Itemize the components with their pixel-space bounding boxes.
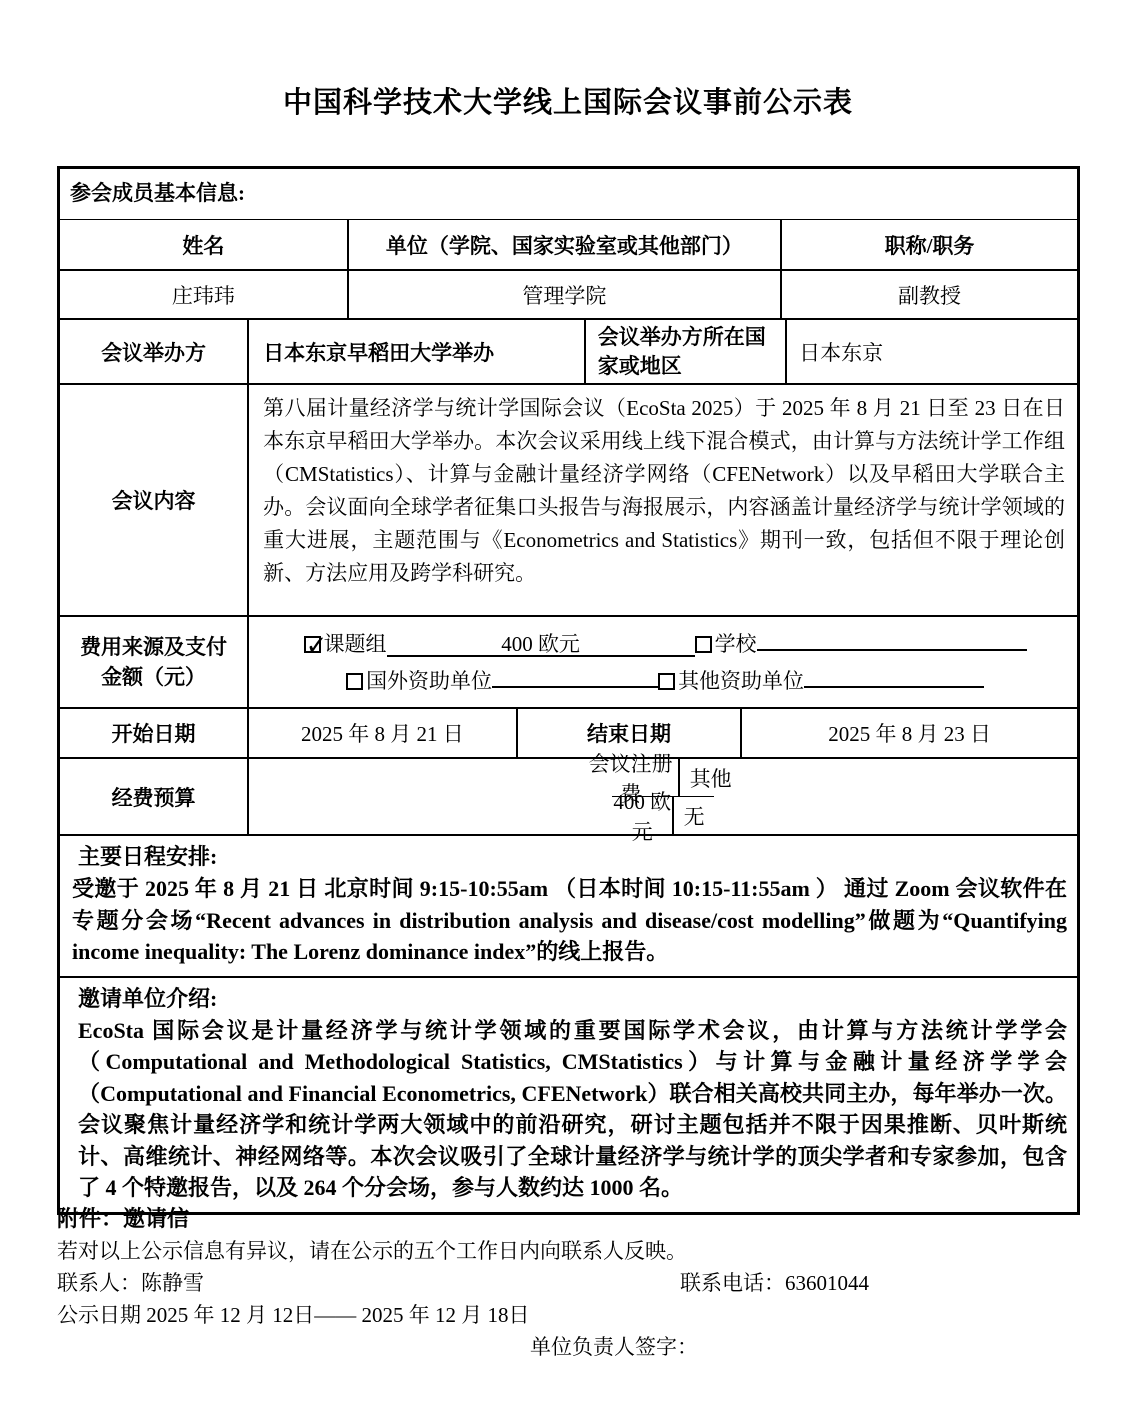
funding-option-school: 学校 xyxy=(715,632,757,656)
row-dates: 开始日期 2025 年 8 月 21 日 结束日期 2025 年 8 月 23 … xyxy=(60,707,1077,757)
row-budget: 经费预算 会议注册费 其他 400 欧元 无 xyxy=(60,757,1077,834)
content-label: 会议内容 xyxy=(60,385,247,615)
host-label: 会议举办方 xyxy=(60,320,247,383)
funding-label: 费用来源及支付 金额（元） xyxy=(60,617,247,707)
funding-options: 课题组400 欧元学校 国外资助单位其他资助单位 xyxy=(247,617,1077,707)
attachment-line: 附件：邀请信 xyxy=(57,1203,1080,1235)
start-date-label: 开始日期 xyxy=(60,709,247,757)
budget-value-row: 400 欧元 无 xyxy=(612,796,714,834)
row-host: 会议举办方 日本东京早稻田大学举办 会议举办方所在国家或地区 日本东京 xyxy=(60,318,1077,383)
funding-options-line2: 国外资助单位其他资助单位 xyxy=(263,662,1067,699)
funding-label-line2: 金额（元） xyxy=(101,665,206,689)
row-funding: 费用来源及支付 金额（元） 课题组400 欧元学校 国外资助单位其他资助单位 xyxy=(60,615,1077,707)
start-date-value: 2025 年 8 月 21 日 xyxy=(247,709,515,757)
funding-options-line1: 课题组400 欧元学校 xyxy=(263,625,1067,662)
host-region-label: 会议举办方所在国家或地区 xyxy=(584,320,785,383)
page-title: 中国科学技术大学线上国际会议事前公示表 xyxy=(0,0,1136,121)
row-member-headers: 姓名 单位（学院、国家实验室或其他部门） 职称/职务 xyxy=(60,219,1077,269)
funding-amount-school xyxy=(757,625,1027,651)
funding-label-line1: 费用来源及支付 xyxy=(80,635,227,659)
funding-amount-project-group: 400 欧元 xyxy=(387,631,695,657)
host-region-value: 日本东京 xyxy=(785,320,1077,383)
row-member-values: 庄玮玮 管理学院 副教授 xyxy=(60,269,1077,318)
checkbox-school xyxy=(695,636,712,653)
schedule-text: 受邀于 2025 年 8 月 21 日 北京时间 9:15-10:55am （日… xyxy=(72,873,1067,968)
budget-label: 经费预算 xyxy=(60,759,247,834)
row-inviting-org: 邀请单位介绍: EcoSta 国际会议是计量经济学与统计学领域的重要国际学术会议… xyxy=(60,976,1077,1212)
budget-grid: 会议注册费 其他 400 欧元 无 xyxy=(247,759,1077,834)
member-info-header: 参会成员基本信息: xyxy=(60,169,1077,219)
checkbox-project-group xyxy=(304,636,321,653)
funding-option-foreign-sponsor: 国外资助单位 xyxy=(366,669,492,693)
contact-line: 联系人：陈静雪 联系电话：63601044 xyxy=(57,1267,1080,1299)
member-title: 副教授 xyxy=(780,271,1077,318)
row-schedule: 主要日程安排: 受邀于 2025 年 8 月 21 日 北京时间 9:15-10… xyxy=(60,834,1077,976)
funding-amount-foreign-sponsor xyxy=(492,662,658,688)
header-unit: 单位（学院、国家实验室或其他部门） xyxy=(347,220,780,269)
row-member-info-header: 参会成员基本信息: xyxy=(60,169,1077,219)
checkbox-foreign-sponsor xyxy=(346,673,363,690)
budget-col2-header: 其他 xyxy=(678,759,743,796)
funding-amount-other-sponsor xyxy=(804,662,984,688)
publicity-period-line: 公示日期 2025 年 12 月 12日—— 2025 年 12 月 18日 xyxy=(57,1299,1080,1331)
inviting-org-header: 邀请单位介绍: xyxy=(72,983,1067,1015)
content-text: 第八届计量经济学与统计学国际会议（EcoSta 2025）于 2025 年 8 … xyxy=(247,385,1077,615)
header-name: 姓名 xyxy=(60,220,347,269)
funding-option-other-sponsor: 其他资助单位 xyxy=(678,669,804,693)
budget-col1-value: 400 欧元 xyxy=(612,797,672,834)
checkbox-other-sponsor xyxy=(658,673,675,690)
contact-person: 联系人：陈静雪 xyxy=(57,1267,680,1299)
signature-line: 单位负责人签字： xyxy=(57,1331,1080,1363)
announcement-form-table: 参会成员基本信息: 姓名 单位（学院、国家实验室或其他部门） 职称/职务 庄玮玮… xyxy=(57,166,1080,1215)
footer: 附件：邀请信 若对以上公示信息有异议，请在公示的五个工作日内向联系人反映。 联系… xyxy=(57,1203,1080,1363)
member-unit: 管理学院 xyxy=(347,271,780,318)
header-title: 职称/职务 xyxy=(780,220,1077,269)
schedule-header: 主要日程安排: xyxy=(72,841,1067,873)
inviting-org-text: EcoSta 国际会议是计量经济学与统计学领域的重要国际学术会议，由计算与方法统… xyxy=(72,1015,1067,1204)
contact-phone: 联系电话：63601044 xyxy=(680,1267,869,1299)
end-date-value: 2025 年 8 月 23 日 xyxy=(740,709,1077,757)
member-name: 庄玮玮 xyxy=(60,271,347,318)
row-conference-content: 会议内容 第八届计量经济学与统计学国际会议（EcoSta 2025）于 2025… xyxy=(60,383,1077,615)
budget-col2-value: 无 xyxy=(672,797,714,834)
objection-notice: 若对以上公示信息有异议，请在公示的五个工作日内向联系人反映。 xyxy=(57,1235,1080,1267)
funding-option-project-group: 课题组 xyxy=(324,632,387,656)
host-value: 日本东京早稻田大学举办 xyxy=(247,320,584,383)
